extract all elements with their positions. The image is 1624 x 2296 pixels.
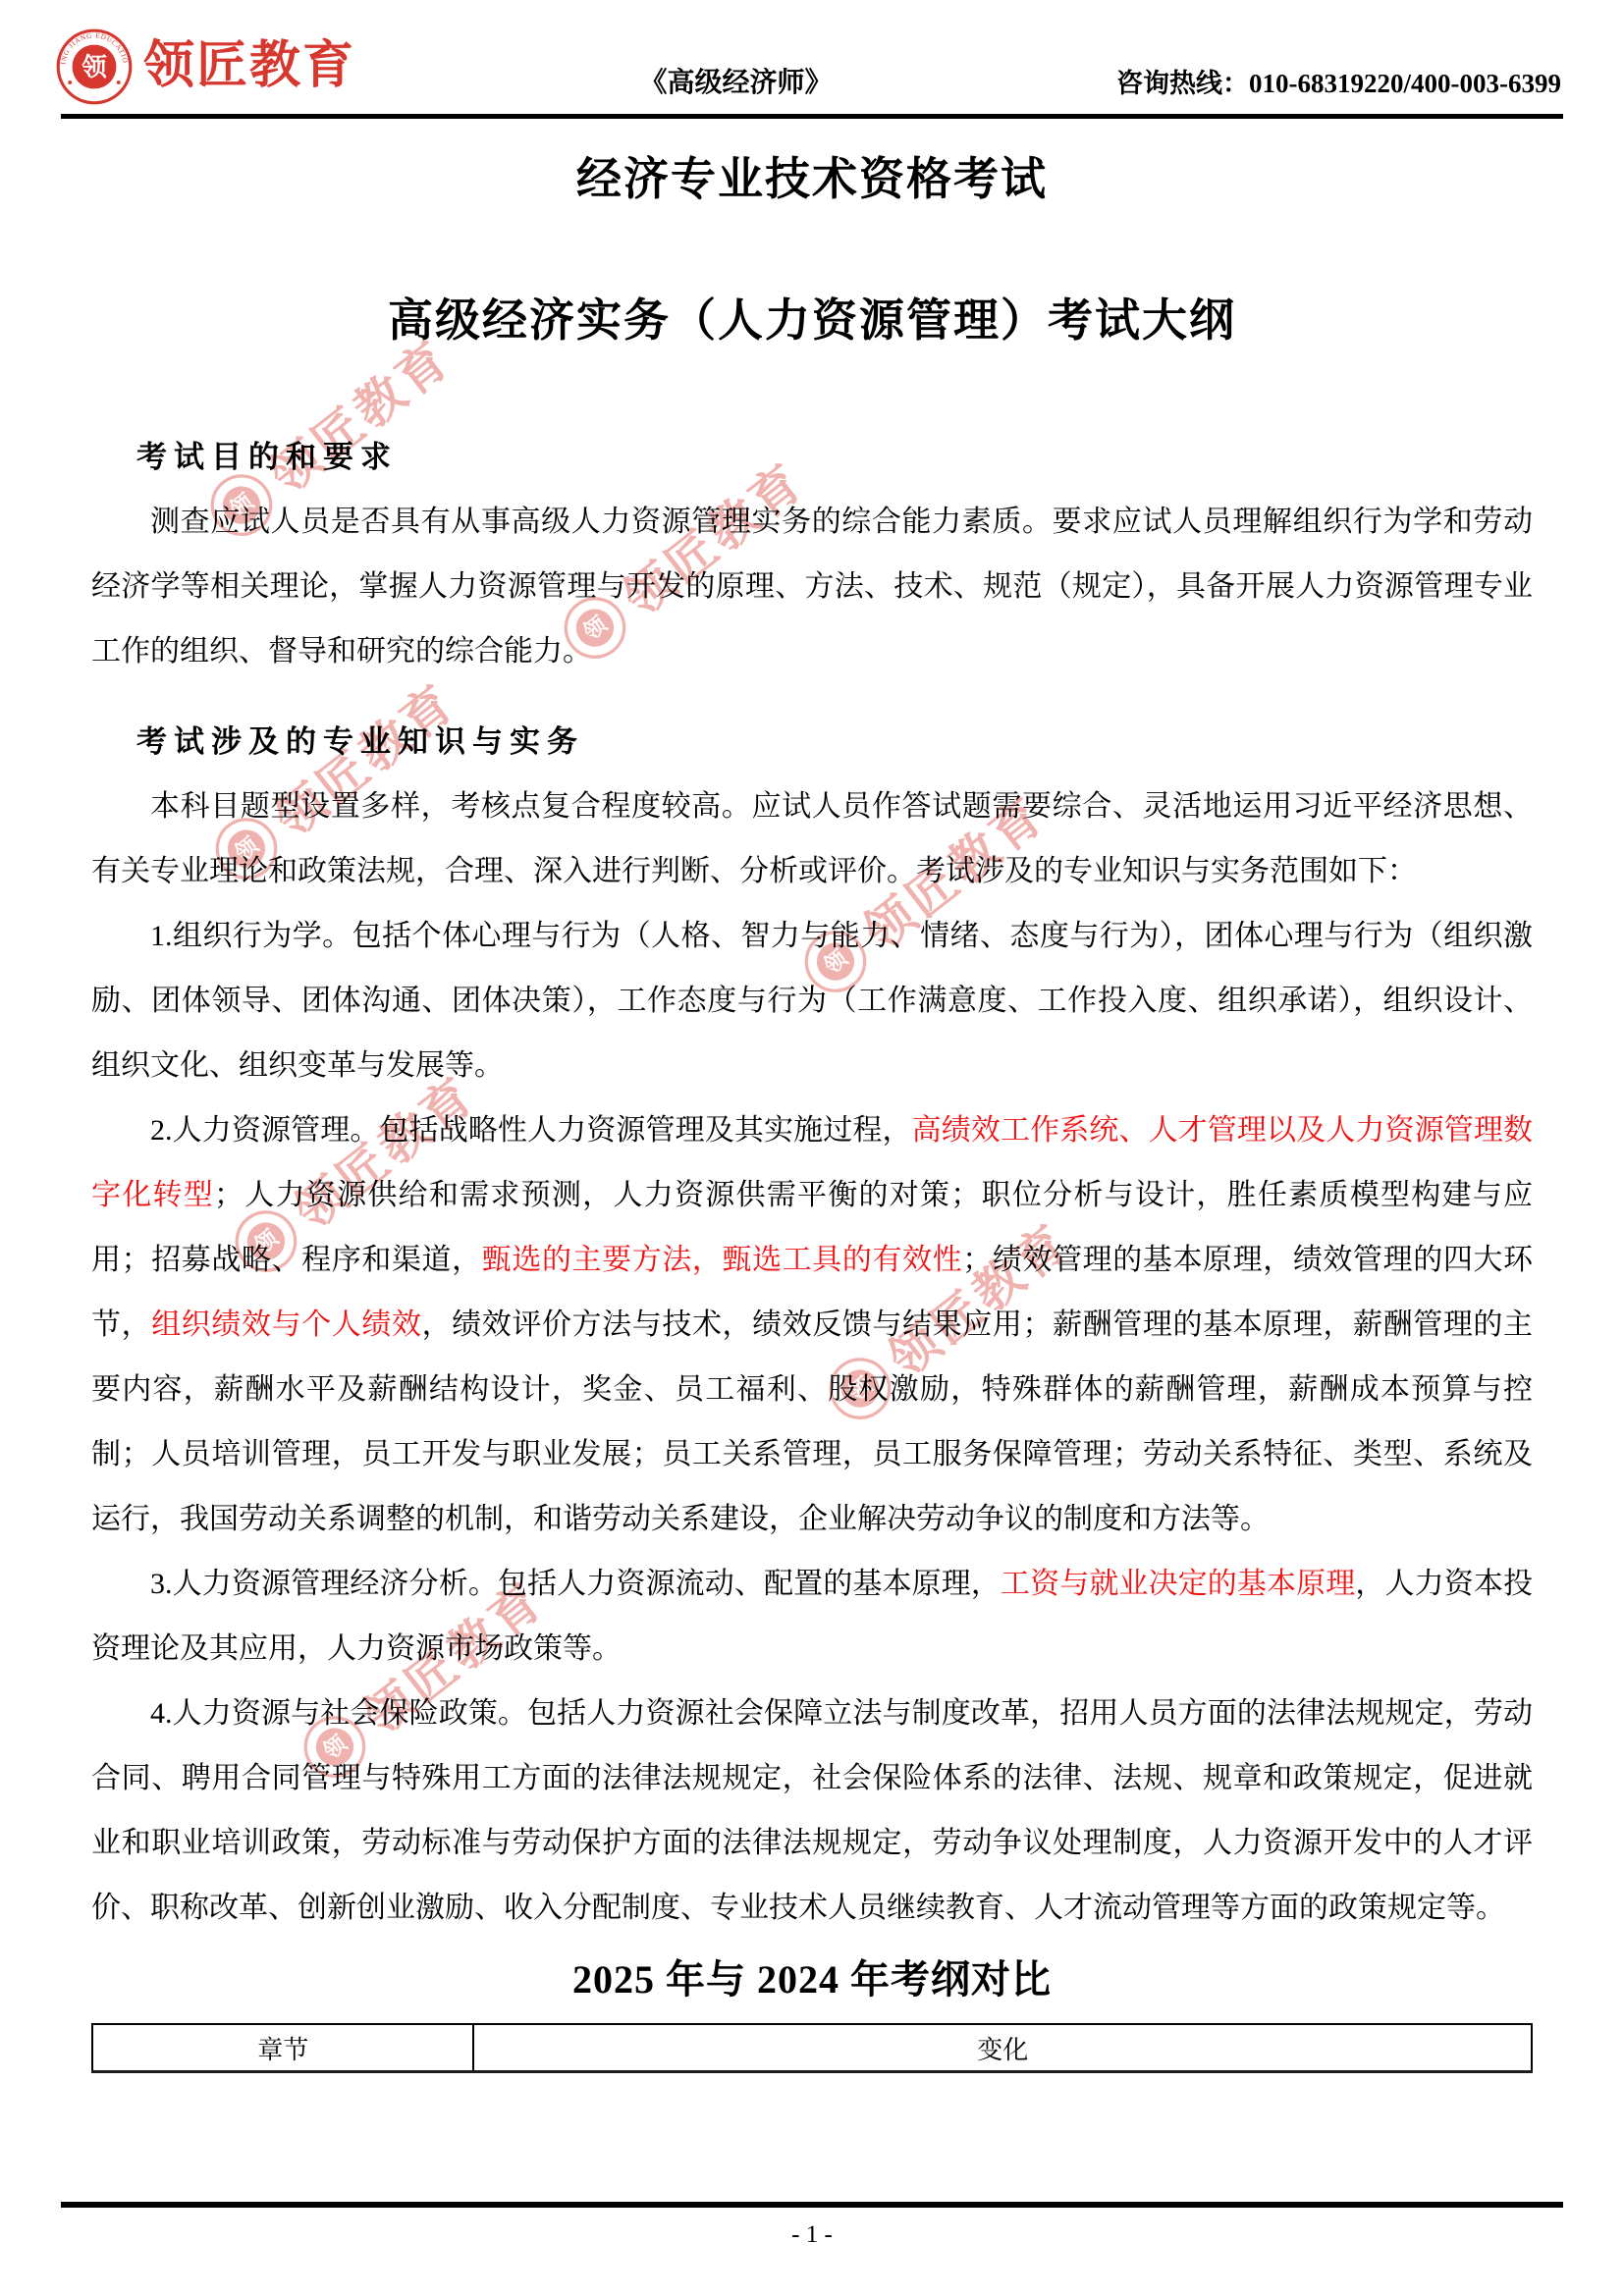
brand-seal-char: 领	[81, 52, 107, 81]
document-body: 经济专业技术资格考试 高级经济实务（人力资源管理）考试大纲 考试目的和要求 测查…	[0, 148, 1624, 2073]
section-heading-purpose: 考试目的和要求	[91, 425, 1533, 490]
text-run: 4.人力资源与社会保险政策。包括人力资源社会保障立法与制度改革，招用人员方面的法…	[91, 1697, 1533, 1924]
text-run: 组织绩效与个人绩效	[151, 1308, 421, 1341]
comparison-table-header-row: 章节 变化	[92, 2024, 1532, 2072]
text-run: 测查应试人员是否具有从事高级人力资源管理实务的综合能力素质。要求应试人员理解组织…	[91, 506, 1533, 667]
column-header-change: 变化	[473, 2024, 1532, 2072]
text-run: ，绩效评价方法与技术，绩效反馈与结果应用；薪酬管理的基本原理，薪酬管理的主要内容…	[91, 1308, 1533, 1535]
text-run: 2.人力资源管理。包括战略性人力资源管理及其实施过程，	[150, 1114, 912, 1147]
header-divider	[61, 114, 1563, 119]
text-run: 工资与就业决定的基本原理	[1001, 1568, 1355, 1600]
text-run: 3.人力资源管理经济分析。包括人力资源流动、配置的基本原理，	[150, 1568, 1001, 1600]
header-course-title: 《高级经济师》	[640, 61, 833, 106]
footer-divider	[61, 2202, 1563, 2208]
comparison-title: 2025 年与 2024 年考纲对比	[91, 1952, 1533, 2007]
brand-name: 领匠教育	[143, 41, 355, 92]
text-run: 1.组织行为学。包括个体心理与行为（人格、智力与能力、情绪、态度与行为），团体心…	[91, 920, 1533, 1082]
page-header: 领 LING JIANG EDUCATION 领匠教育 《高级经济师》 咨询热线…	[0, 0, 1624, 106]
header-hotline: 咨询热线：010-68319220/400-003-6399	[1116, 62, 1561, 106]
text-run: 本科目题型设置多样，考核点复合程度较高。应试人员作答试题需要综合、灵活地运用习近…	[91, 790, 1533, 887]
doc-title-line1: 经济专业技术资格考试	[91, 148, 1533, 211]
section-heading-scope: 考试涉及的专业知识与实务	[91, 710, 1533, 774]
column-header-chapter: 章节	[92, 2024, 473, 2072]
document-page: 领 领匠教育 领 领匠教育 领 领匠教育 领 领匠教育 领 领匠教育	[0, 0, 1624, 2296]
scope-item-4: 4.人力资源与社会保险政策。包括人力资源社会保障立法与制度改革，招用人员方面的法…	[91, 1682, 1533, 1941]
brand-logo: 领 LING JIANG EDUCATION 领匠教育	[55, 27, 355, 106]
doc-title-line2: 高级经济实务（人力资源管理）考试大纲	[91, 290, 1533, 352]
scope-item-3: 3.人力资源管理经济分析。包括人力资源流动、配置的基本原理，工资与就业决定的基本…	[91, 1552, 1533, 1682]
page-number: - 1 -	[0, 2221, 1624, 2249]
paragraph-purpose: 测查应试人员是否具有从事高级人力资源管理实务的综合能力素质。要求应试人员理解组织…	[91, 490, 1533, 684]
text-run: 甄选的主要方法，甄选工具的有效性	[482, 1244, 963, 1276]
scope-item-1: 1.组织行为学。包括个体心理与行为（人格、智力与能力、情绪、态度与行为），团体心…	[91, 904, 1533, 1098]
scope-item-2: 2.人力资源管理。包括战略性人力资源管理及其实施过程，高绩效工作系统、人才管理以…	[91, 1098, 1533, 1552]
paragraph-scope-intro: 本科目题型设置多样，考核点复合程度较高。应试人员作答试题需要综合、灵活地运用习近…	[91, 774, 1533, 904]
comparison-table: 章节 变化	[91, 2023, 1533, 2073]
brand-seal-icon: 领 LING JIANG EDUCATION	[55, 27, 134, 106]
